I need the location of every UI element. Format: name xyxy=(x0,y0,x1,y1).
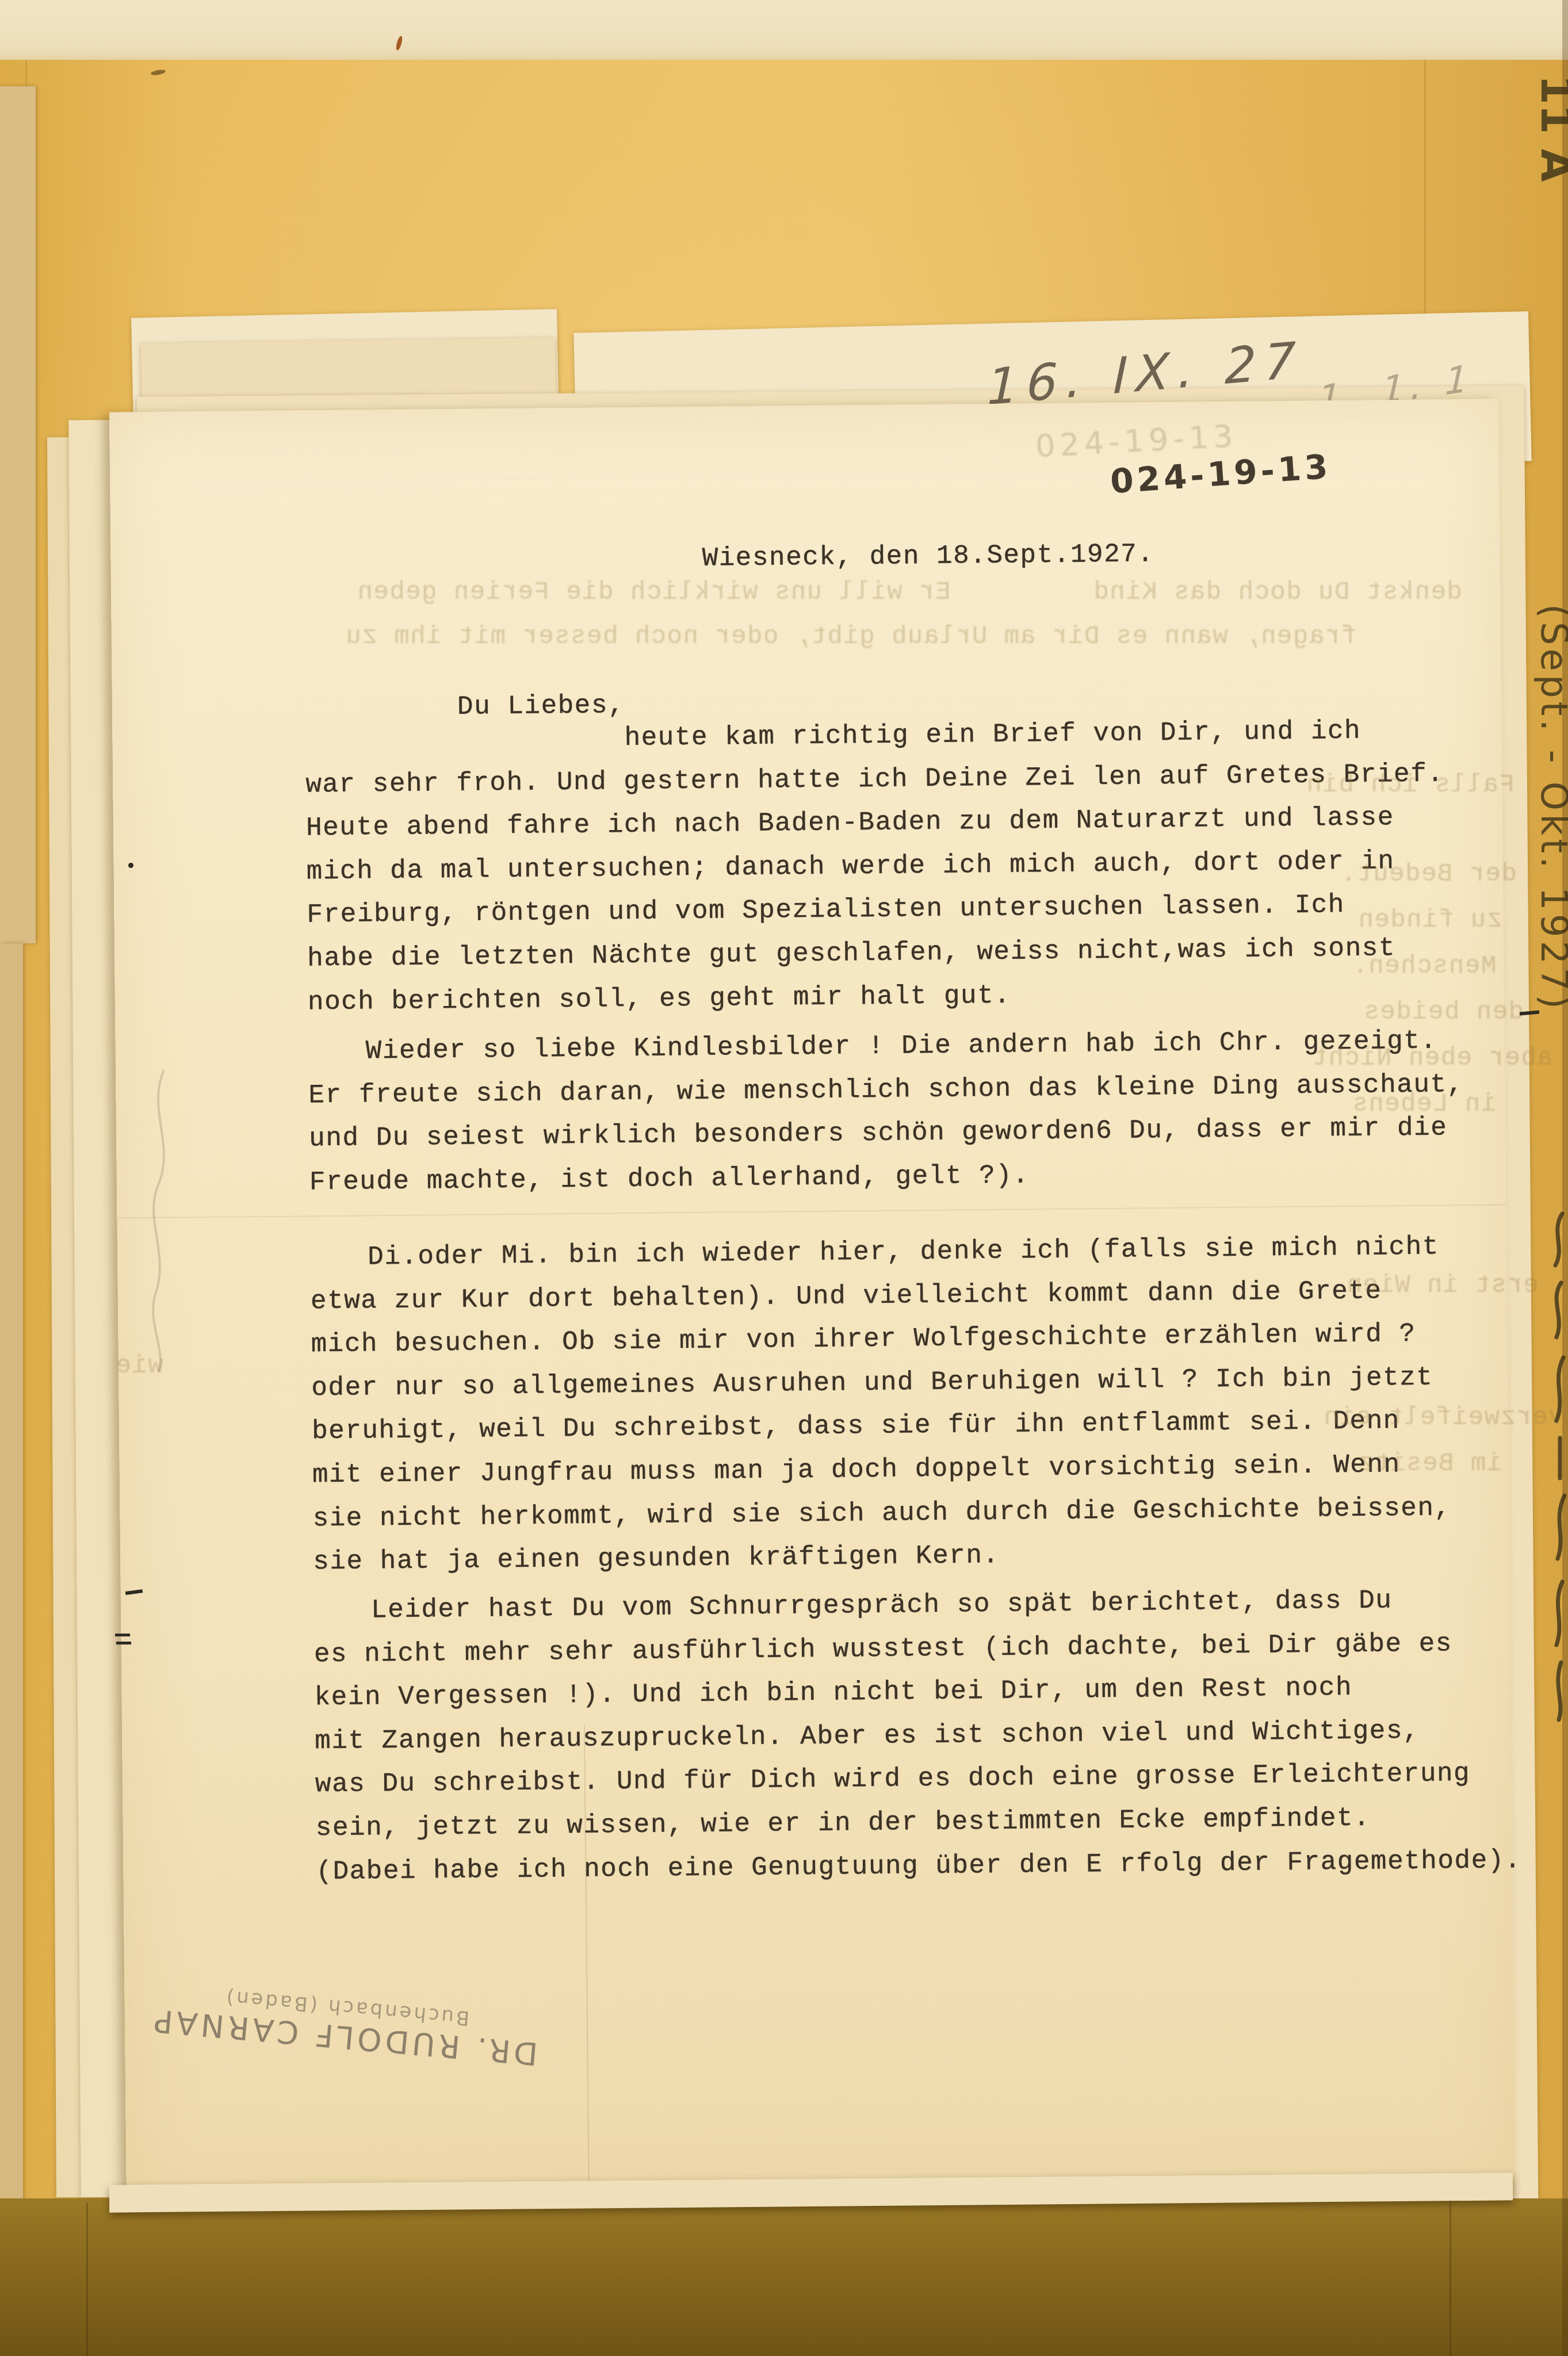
letter-paragraph-4: Leider hast Du vom Schnurrgespräch so sp… xyxy=(313,1578,1522,1894)
bleedthrough-text: der Bedeut. xyxy=(1340,860,1517,889)
bleedthrough-text: zu finden xyxy=(1357,906,1502,935)
pencil-squiggle-left-margin xyxy=(135,1064,187,1375)
upper-folder-flap xyxy=(0,0,1568,64)
photo-edge xyxy=(1562,0,1568,2356)
bleedthrough-text: erst in Wien xyxy=(1346,1271,1539,1300)
folder-crease xyxy=(1450,2198,1451,2356)
bleedthrough-text: Falls ich bin xyxy=(1306,771,1515,800)
letter-paragraph-3: Di.oder Mi. bin ich wieder hier, denke i… xyxy=(310,1225,1452,1584)
bleedthrough-text: aber eben Nicht xyxy=(1311,1044,1552,1073)
bleedthrough-text: im Besitz xyxy=(1357,1449,1502,1478)
letter-dateline: Wiesneck, den 18.Sept.1927. xyxy=(702,539,1154,573)
margin-dot-mark xyxy=(128,863,133,868)
bleedthrough-text: in Lebens xyxy=(1352,1090,1496,1119)
letter-sheet: Wiesneck, den 18.Sept.1927. Du Liebes, h… xyxy=(109,399,1516,2209)
bleedthrough-text: fragen, wann es Dir am Urlaub gibt, oder… xyxy=(345,622,1356,651)
letter-paragraph-2: Wieder so liebe Kindlesbilder ! Die ande… xyxy=(308,1019,1464,1204)
sheet-crease xyxy=(117,1204,1506,1218)
bleedthrough-text: denkst Du doch das Kind xyxy=(1093,578,1462,607)
margin-dash-mark xyxy=(115,1634,130,1636)
bleedthrough-text: Er will uns wirklich die Ferien geben xyxy=(357,578,950,607)
folder-crease xyxy=(86,2203,88,2356)
lower-folder-shadowed xyxy=(0,2198,1568,2356)
margin-dash-mark xyxy=(116,1642,131,1644)
bleedthrough-text: den beides xyxy=(1363,998,1524,1027)
bleedthrough-text: Menschen. xyxy=(1352,952,1496,981)
bleedthrough-text: verzweifelt ein xyxy=(1323,1403,1564,1432)
archive-photo: 16. IX. 27 1. 1. 1 Wiesneck, den 18.Sept… xyxy=(0,0,1568,2356)
old-paper-edge xyxy=(0,86,36,943)
letter-paragraph-1: heute kam richtig ein Brief von Dir, und… xyxy=(305,709,1446,1024)
old-paper-edge xyxy=(0,943,23,2261)
